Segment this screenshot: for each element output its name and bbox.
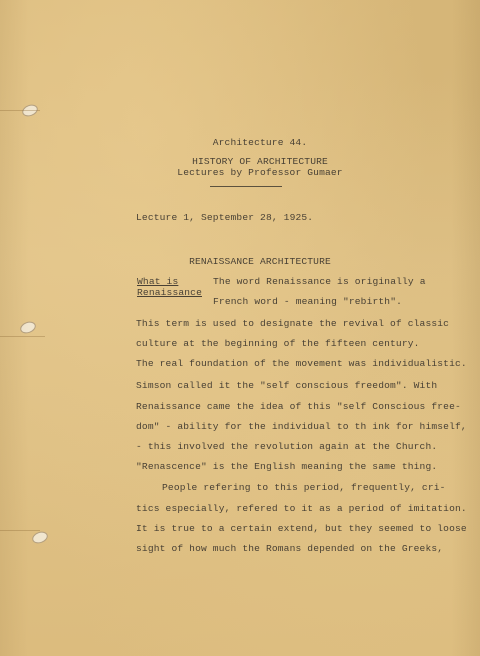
body-line: culture at the beginning of the fifteen …: [136, 338, 420, 349]
body-line: tics especially, refered to it as a peri…: [136, 503, 467, 514]
paper-crease: [0, 530, 40, 531]
body-line: It is true to a certain extend, but they…: [136, 523, 467, 534]
body-line: The real foundation of the movement was …: [136, 358, 467, 369]
punch-hole-middle: [19, 320, 38, 336]
title-divider: [210, 186, 282, 187]
body-line: People refering to this period, frequent…: [162, 482, 446, 493]
body-line: dom" - ability for the individual to th …: [136, 421, 467, 432]
margin-note-line-2: Renaissance: [137, 287, 202, 298]
body-line: "Renascence" is the English meaning the …: [136, 461, 437, 472]
body-line: - this involved the revolution again at …: [136, 441, 437, 452]
paper-crease: [0, 110, 40, 111]
body-line: The word Renaissance is originally a: [213, 276, 426, 287]
course-number: Architecture 44.: [0, 137, 480, 148]
body-line: Renaissance came the idea of this "self …: [136, 401, 461, 412]
section-heading: RENAISSANCE ARCHITECTURE: [0, 256, 480, 267]
paper-crease: [0, 336, 45, 337]
margin-note-line-1: What is: [137, 276, 178, 287]
lecture-date-line: Lecture 1, September 28, 1925.: [136, 212, 313, 223]
body-line: This term is used to designate the reviv…: [136, 318, 449, 329]
body-line: Simson called it the "self conscious fre…: [136, 380, 437, 391]
body-line: sight of how much the Romans depended on…: [136, 543, 443, 554]
body-line: French word - meaning "rebirth".: [213, 296, 402, 307]
typewritten-lecture-page: Architecture 44. HISTORY OF ARCHITECTURE…: [0, 0, 480, 656]
document-subtitle: Lectures by Professor Gumaer: [0, 167, 480, 178]
punch-hole-bottom: [31, 530, 50, 546]
document-title: HISTORY OF ARCHITECTURE: [0, 156, 480, 167]
